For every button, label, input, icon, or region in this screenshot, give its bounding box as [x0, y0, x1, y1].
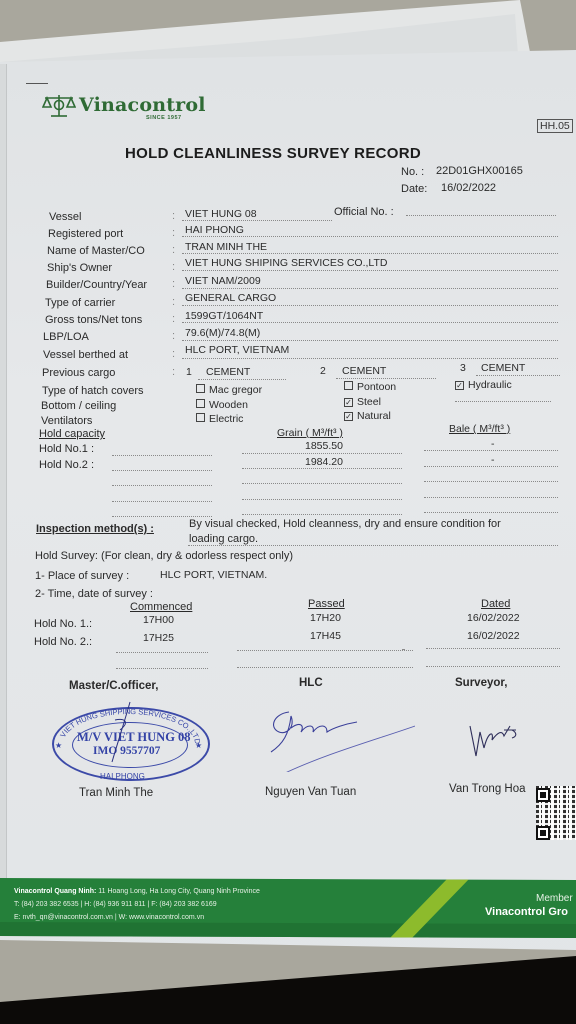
scales-icon [42, 93, 76, 119]
blank-line [116, 668, 208, 669]
hold-2-bale-line [424, 466, 558, 467]
svg-text:★: ★ [55, 741, 62, 750]
time-label: 2- Time, date of survey : [35, 588, 153, 600]
cargo-1-num: 1 [186, 366, 192, 378]
official-no-label: Official No. : [334, 206, 394, 218]
berthed-at-value: HLC PORT, VIETNAM [185, 344, 289, 356]
cargo-2-value: CEMENT [342, 365, 386, 377]
signature-name-master: Tran Minh The [79, 787, 153, 799]
record-no-value: 22D01GHX00165 [436, 165, 523, 177]
check-icon: ✓ [455, 381, 464, 390]
cargo-1-value: CEMENT [206, 366, 250, 378]
inspection-line-2: loading cargo. [189, 533, 258, 545]
hold-2-grain-line [242, 468, 402, 469]
qr-finder [536, 826, 550, 840]
survey-hold-2-label: Hold No. 2.: [34, 636, 92, 648]
checkbox-box [196, 384, 205, 393]
checkbox-hydraulic[interactable]: ✓Hydraulic [455, 379, 512, 391]
blank-line [116, 652, 208, 653]
colon: : [172, 348, 175, 360]
hold-1-bale-line [424, 450, 558, 451]
lbp-loa-label: LBP/LOA [43, 331, 89, 343]
checkbox-electric[interactable]: Electric [196, 413, 243, 425]
berthed-at-label: Vessel berthed at [43, 349, 128, 361]
signature-role-hlc: HLC [299, 677, 323, 689]
footer-address-text: 11 Hoang Long, Ha Long City, Quang Ninh … [96, 888, 260, 895]
owner-value: VIET HUNG SHIPING SERVICES CO.,LTD [185, 257, 387, 269]
option-label: Hydraulic [468, 379, 512, 391]
place-label: 1- Place of survey : [35, 570, 129, 582]
blank-line [112, 516, 212, 517]
survey-hold-2-commenced: 17H25 [143, 632, 174, 644]
hold-survey-note: Hold Survey: (For clean, dry & odorless … [35, 550, 293, 562]
cargo-2-line [336, 378, 436, 379]
qr-finder [536, 788, 550, 802]
registered-port-value: HAI PHONG [185, 224, 244, 236]
bottom-ceiling-label: Bottom / ceiling [41, 400, 116, 412]
underlying-page-edge [0, 64, 7, 934]
colon: : [172, 313, 175, 325]
carrier-type-line [182, 305, 558, 306]
registered-port-line [182, 236, 558, 237]
survey-hold-2-passed: 17H45 [310, 630, 341, 642]
colon: : [172, 227, 175, 239]
hold-2-line [112, 470, 212, 471]
vessel-label: Vessel [49, 211, 81, 223]
blank-line [112, 501, 212, 502]
logo-brand: Vinacontrol [79, 94, 206, 116]
surveyor-signature [468, 718, 528, 758]
checkbox-wooden[interactable]: Wooden [196, 399, 248, 411]
footer-contacts: E: nvth_qn@vinacontrol.com.vn | W: www.v… [14, 914, 204, 921]
hold-1-line [112, 455, 212, 456]
hold-2-bale: - [491, 454, 495, 466]
vessel-line [182, 220, 332, 221]
colon: : [172, 261, 175, 273]
blank-line [242, 514, 402, 515]
checkbox-natural[interactable]: ✓Natural [344, 410, 391, 422]
registered-port-label: Registered port [48, 228, 123, 240]
hold-capacity-label: Hold capacity [39, 428, 105, 440]
master-signature-stroke [90, 700, 150, 770]
blank-line [237, 650, 413, 651]
carrier-type-value: GENERAL CARGO [185, 292, 276, 304]
cargo-2-num: 2 [320, 365, 326, 377]
survey-hold-1-label: Hold No. 1.: [34, 618, 92, 630]
ventilators-label: Ventilators [41, 415, 92, 427]
signature-role-surveyor: Surveyor, [455, 677, 507, 689]
colon: : [172, 330, 175, 342]
blank-line [426, 666, 560, 667]
colon: : [172, 296, 175, 308]
blank-line [426, 648, 560, 649]
tonnage-label: Gross tons/Net tons [45, 314, 142, 326]
hold-1-grain-line [242, 453, 402, 454]
option-label: Steel [357, 396, 381, 408]
place-value: HLC PORT, VIETNAM. [160, 569, 267, 581]
inspection-underline [188, 545, 558, 546]
blank-line [242, 483, 402, 484]
commenced-header: Commenced [130, 601, 192, 613]
blank-line [237, 667, 413, 668]
hold-1-bale: - [491, 438, 495, 450]
owner-label: Ship's Owner [47, 262, 112, 274]
blank-line [242, 499, 402, 500]
check-icon: ✓ [344, 412, 353, 421]
berthed-at-line [182, 358, 558, 359]
survey-hold-1-commenced: 17H00 [143, 614, 174, 626]
hold-2-grain: 1984.20 [305, 456, 343, 468]
blank-line [424, 512, 558, 513]
option-label: Electric [209, 413, 243, 425]
builder-line [182, 288, 558, 289]
stamp-bottom: HAI PHONG [100, 772, 145, 781]
colon: : [172, 278, 175, 290]
blank-line [402, 649, 404, 650]
blank-line [424, 481, 558, 482]
master-label: Name of Master/CO [47, 245, 145, 257]
hold-1-grain: 1855.50 [305, 440, 343, 452]
colon: : [172, 210, 175, 222]
cargo-3-value: CEMENT [481, 362, 525, 374]
record-date-label: Date: [401, 183, 427, 195]
signature-name-surveyor: Van Trong Hoa [449, 783, 526, 795]
master-line [182, 253, 558, 254]
check-icon: ✓ [344, 398, 353, 407]
svg-text:★: ★ [195, 741, 202, 750]
lbp-loa-value: 79.6(M)/74.8(M) [185, 327, 260, 339]
hatch-extra-line [455, 401, 551, 402]
survey-hold-2-dated: 16/02/2022 [467, 630, 520, 642]
vessel-value: VIET HUNG 08 [185, 208, 257, 220]
survey-hold-1-passed: 17H20 [310, 612, 341, 624]
corner-mark [26, 83, 48, 84]
official-no-line [406, 215, 556, 216]
checkbox-steel[interactable]: ✓Steel [344, 396, 381, 408]
bale-header: Bale ( M³/ft³ ) [449, 423, 510, 435]
carrier-type-label: Type of carrier [45, 297, 115, 309]
builder-label: Builder/Country/Year [46, 279, 147, 291]
tonnage-value: 1599GT/1064NT [185, 310, 263, 322]
survey-hold-1-dated: 16/02/2022 [467, 612, 520, 624]
signature-role-master: Master/C.officer, [69, 680, 158, 692]
checkbox-box [196, 399, 205, 408]
footer-group-name: Vinacontrol Gro [485, 906, 568, 918]
blank-line [424, 497, 558, 498]
cargo-1-line [198, 379, 286, 380]
previous-cargo-label: Previous cargo [42, 367, 115, 379]
checkbox-pontoon[interactable]: Pontoon [344, 381, 396, 393]
dated-header: Dated [481, 598, 510, 610]
form-code: HH.05 [537, 119, 573, 133]
hlc-signature [265, 702, 415, 772]
hatch-covers-label: Type of hatch covers [42, 385, 144, 397]
option-label: Natural [357, 410, 391, 422]
option-label: Pontoon [357, 381, 396, 393]
cargo-3-num: 3 [460, 362, 466, 374]
blank-line [112, 485, 212, 486]
checkbox-box [196, 413, 205, 422]
lbp-loa-line [182, 340, 558, 341]
hold-2-label: Hold No.2 : [39, 459, 94, 471]
footer-member-label: Member [536, 893, 573, 904]
master-value: TRAN MINH THE [185, 241, 267, 253]
footer-office: Vinacontrol Quang Ninh: [14, 888, 96, 895]
record-no-label: No. : [401, 166, 424, 178]
checkbox-box [344, 381, 353, 390]
inspection-line-1: By visual checked, Hold cleanness, dry a… [189, 518, 501, 530]
inspection-label: Inspection method(s) : [36, 523, 154, 535]
logo-since: SINCE 1957 [146, 115, 182, 121]
tonnage-line [182, 322, 558, 323]
colon: : [172, 244, 175, 256]
cargo-3-line [476, 375, 560, 376]
hold-1-label: Hold No.1 : [39, 443, 94, 455]
footer-phones: T: (84) 203 382 6535 | H: (84) 936 911 8… [14, 901, 217, 908]
checkbox-mac-gregor[interactable]: Mac gregor [196, 384, 262, 396]
option-label: Mac gregor [209, 384, 262, 396]
colon: : [172, 366, 175, 378]
option-label: Wooden [209, 399, 248, 411]
page-title: HOLD CLEANLINESS SURVEY RECORD [125, 145, 421, 162]
record-date-value: 16/02/2022 [441, 182, 496, 194]
signature-name-hlc: Nguyen Van Tuan [265, 786, 356, 798]
grain-header: Grain ( M³/ft³ ) [277, 427, 343, 439]
footer-address: Vinacontrol Quang Ninh: 11 Hoang Long, H… [14, 888, 260, 895]
builder-value: VIET NAM/2009 [185, 275, 261, 287]
owner-line [182, 270, 558, 271]
passed-header: Passed [308, 598, 345, 610]
